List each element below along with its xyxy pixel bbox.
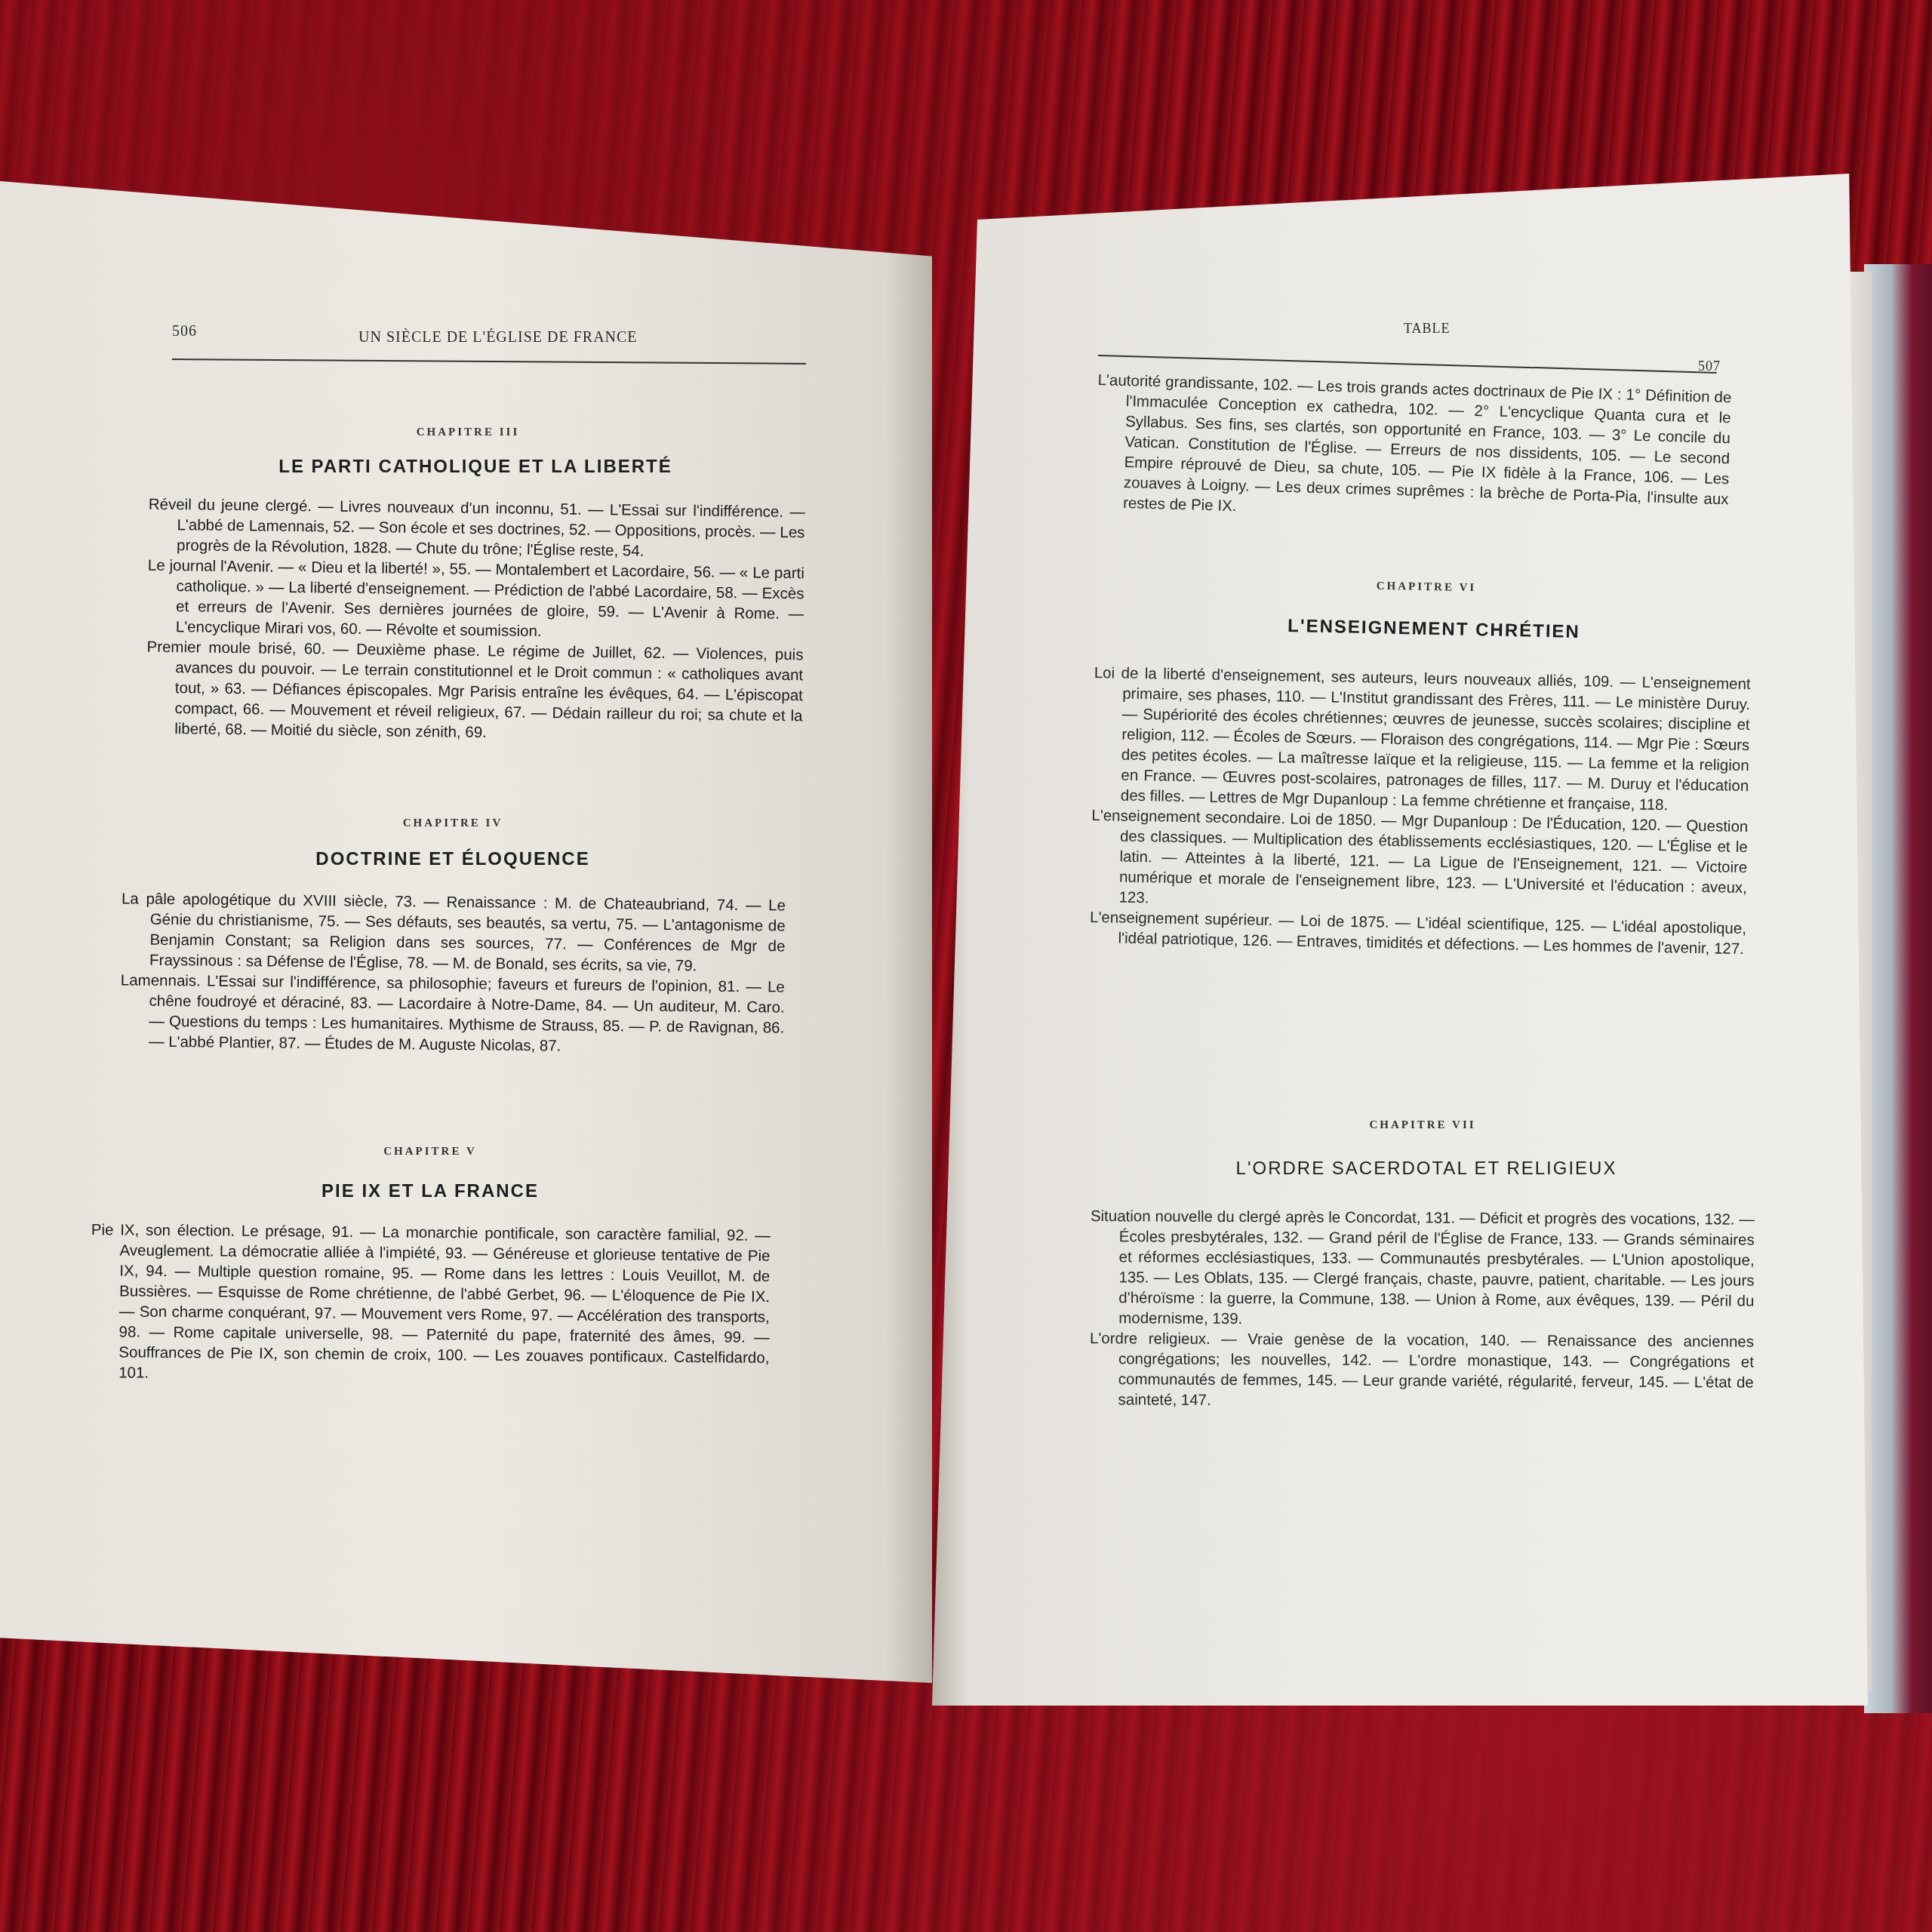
toc-entry: La pâle apologétique du XVIII siècle, 73…	[121, 888, 786, 977]
chapter-5-contents: Pie IX, son élection. Le présage, 91. — …	[90, 1220, 771, 1389]
left-page-number: 506	[172, 323, 197, 340]
chapter-5-title: PIE IX ET LA FRANCE	[166, 1181, 694, 1202]
chapter-4-label: CHAPITRE IV	[272, 817, 634, 830]
chapter-7-label: CHAPITRE VII	[1241, 1119, 1604, 1132]
toc-entry: Réveil du jeune clergé. — Livres nouveau…	[148, 494, 805, 564]
left-running-head: UN SIÈCLE DE L'ÉGLISE DE FRANCE	[358, 329, 638, 346]
toc-entry: Lamennais. L'Essai sur l'indifférence, s…	[120, 970, 785, 1058]
toc-entry: Le journal l'Avenir. — « Dieu et la libe…	[147, 555, 804, 645]
chapter-3-title: LE PARTI CATHOLIQUE ET LA LIBERTÉ	[211, 457, 740, 478]
toc-entry: L'autorité grandissante, 102. — Les troi…	[1094, 370, 1732, 530]
book-cover-edge	[1864, 264, 1932, 1713]
photo-scene: 506 UN SIÈCLE DE L'ÉGLISE DE FRANCE CHAP…	[0, 0, 1932, 1932]
chapter-7-contents: Situation nouvelle du clergé après le Co…	[1090, 1206, 1755, 1414]
chapter-4-title: DOCTRINE ET ÉLOQUENCE	[189, 849, 717, 870]
toc-entry: Premier moule brisé, 60. — Deuxième phas…	[146, 637, 804, 747]
chapter-6-contents: Loi de la liberté d'enseignement, ses au…	[1089, 663, 1750, 959]
toc-entry: Loi de la liberté d'enseignement, ses au…	[1092, 663, 1751, 817]
chapter-5-label: CHAPITRE V	[249, 1146, 611, 1158]
chapter-5-continuation: L'autorité grandissante, 102. — Les troi…	[1094, 370, 1732, 530]
chapter-3-contents: Réveil du jeune clergé. — Livres nouveau…	[146, 494, 805, 747]
chapter-7-title: L'ORDRE SACERDOTAL ET RELIGIEUX	[1155, 1158, 1698, 1180]
toc-entry: Situation nouvelle du clergé après le Co…	[1090, 1206, 1755, 1332]
right-running-head: TABLE	[1404, 321, 1451, 337]
toc-entry: L'enseignement secondaire. Loi de 1850. …	[1090, 805, 1748, 918]
toc-entry: L'ordre religieux. — Vraie genèse de la …	[1090, 1328, 1755, 1414]
toc-entry: Pie IX, son élection. Le présage, 91. — …	[90, 1220, 771, 1389]
chapter-4-contents: La pâle apologétique du XVIII siècle, 73…	[120, 888, 786, 1058]
right-page-number: 507	[1698, 358, 1721, 374]
chapter-3-label: CHAPITRE III	[287, 426, 649, 439]
